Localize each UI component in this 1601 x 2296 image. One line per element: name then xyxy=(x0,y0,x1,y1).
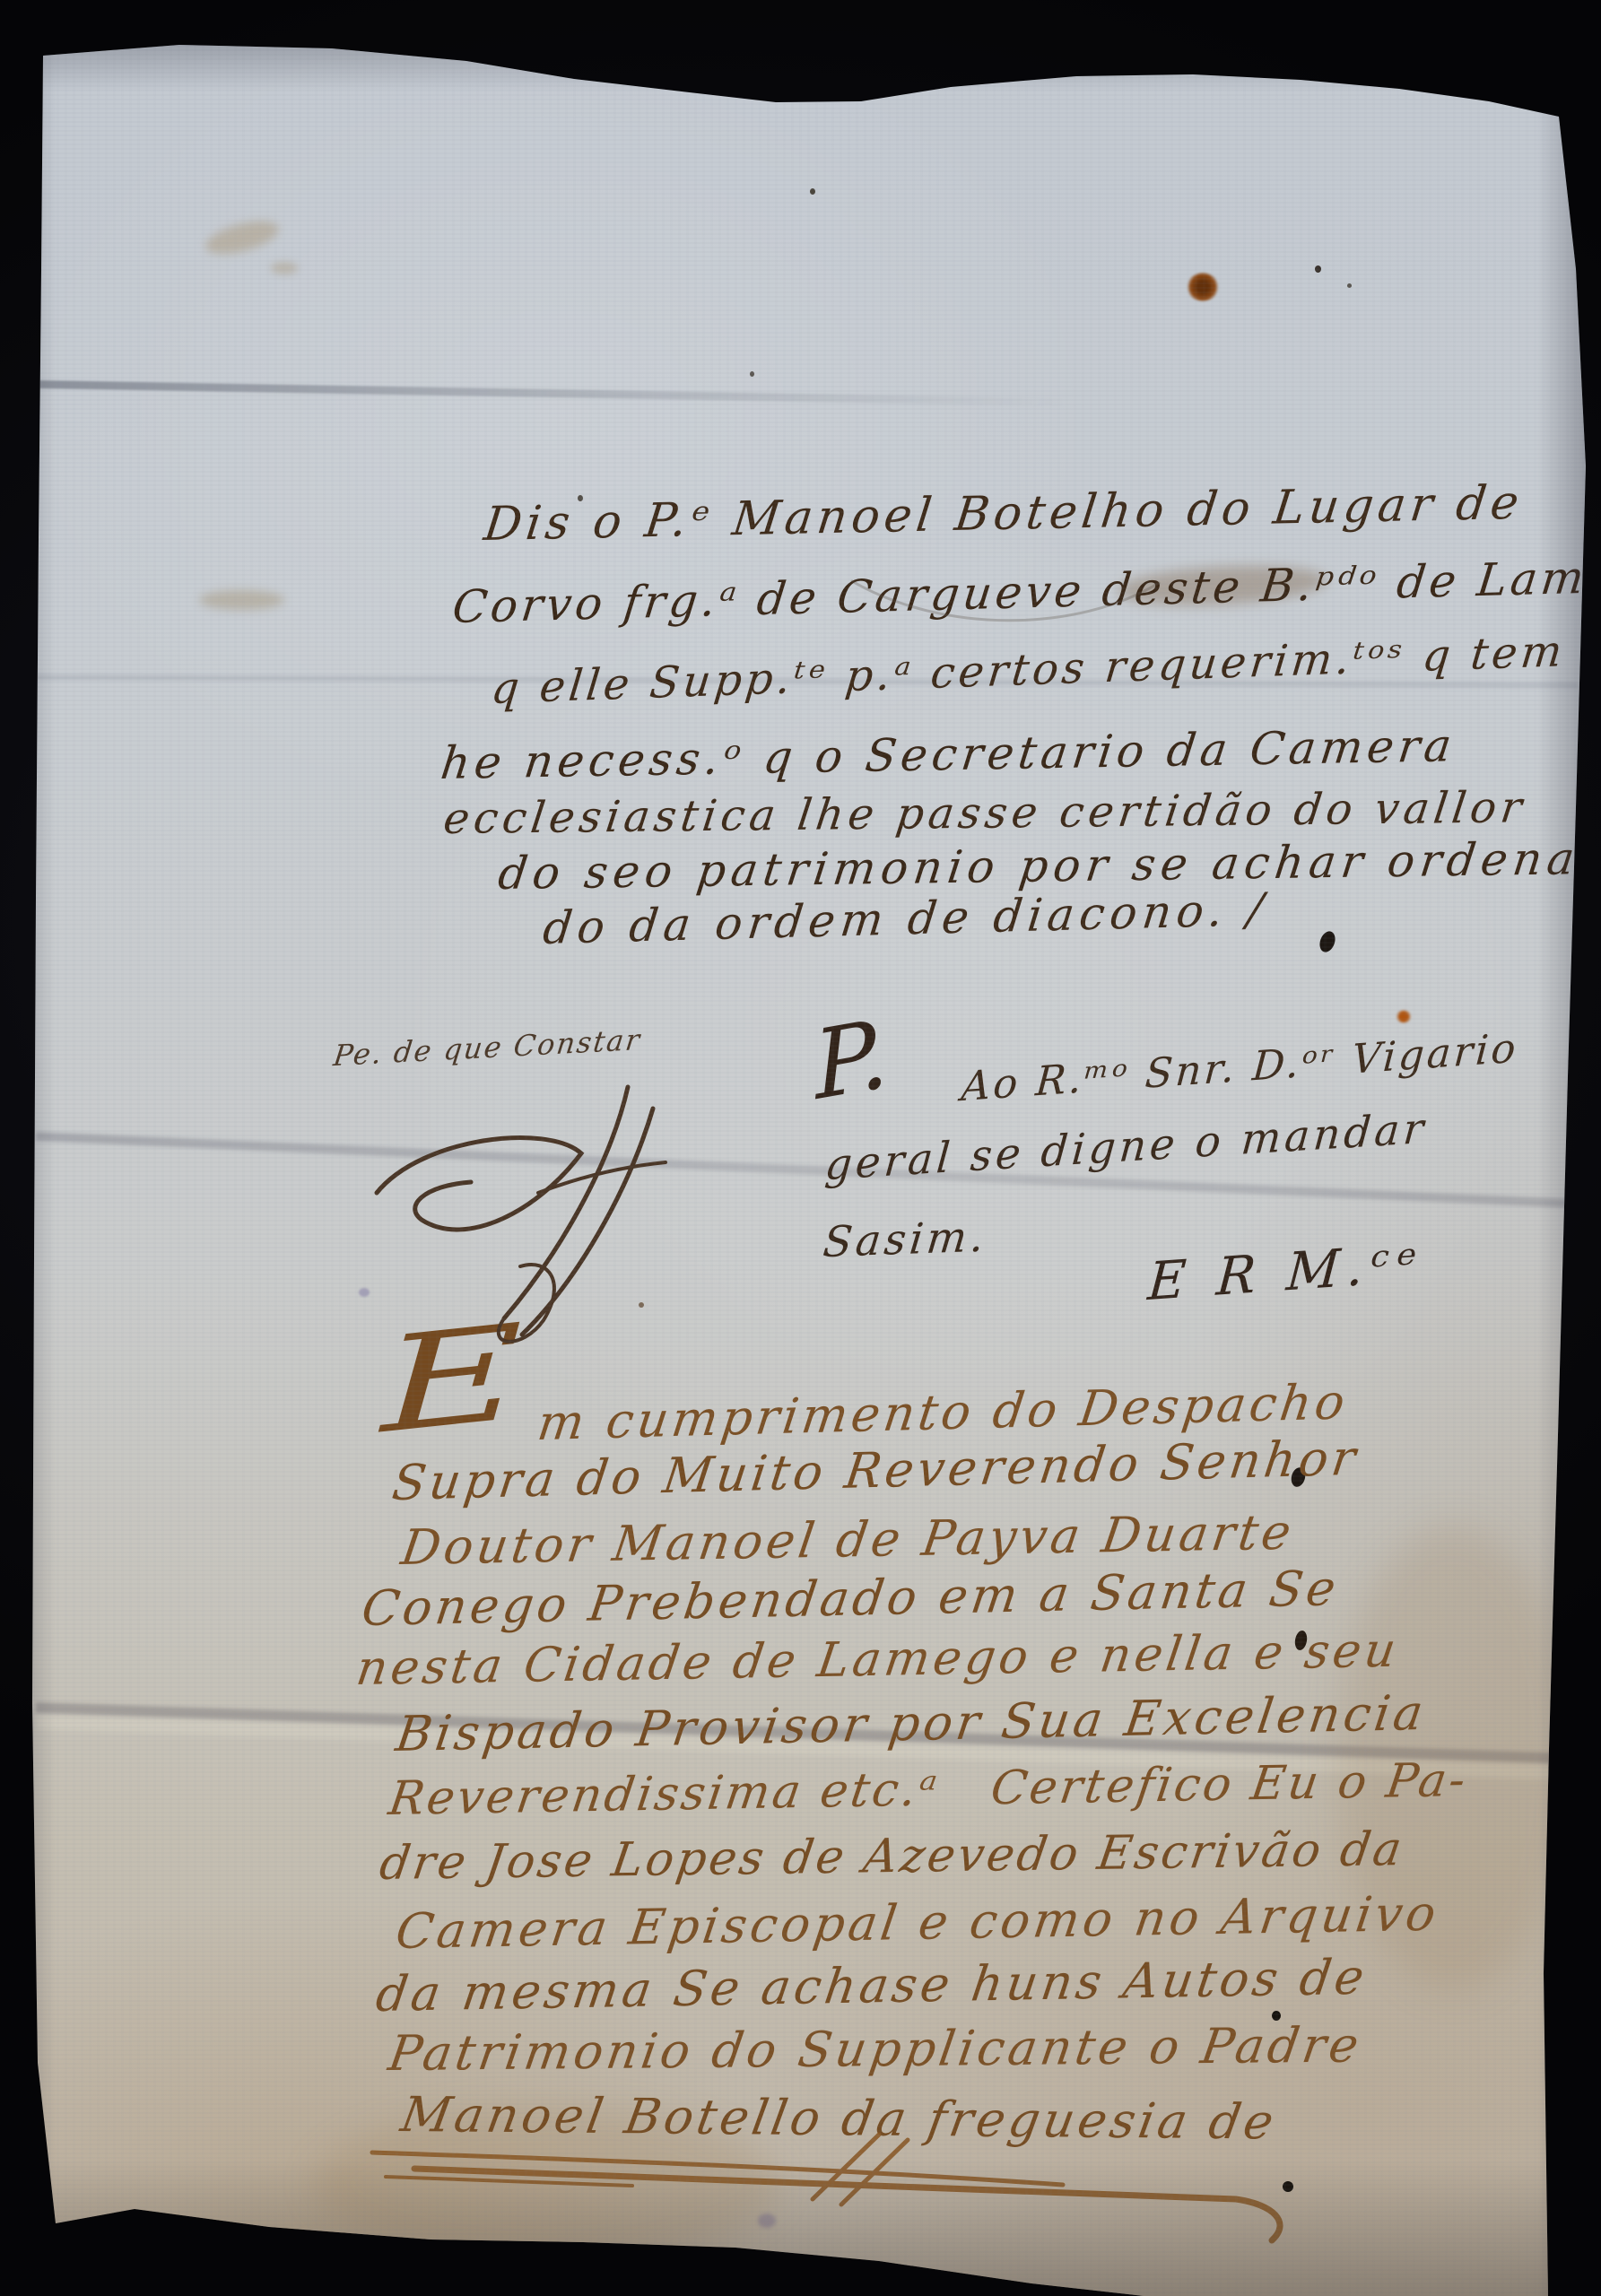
fold-crease xyxy=(36,674,1579,688)
ink-speck xyxy=(834,1405,841,1412)
certificate-line: Patrimonio do Supplicante o Padre xyxy=(385,2016,1366,2082)
fold-crease xyxy=(36,380,1067,406)
ink-speck xyxy=(1315,265,1321,273)
petition-line: Corvo frg.ᵃ de Cargueve deste B.ᵖᵈᵒ de L… xyxy=(450,551,1601,633)
certificate-line: Supra do Muito Reverendo Senhor xyxy=(389,1430,1362,1511)
ink-smear xyxy=(1116,561,1328,610)
manuscript-paper-sheet: Dis o P.ᵉ Manoel Botelho do Lugar de Cor… xyxy=(0,0,1601,2296)
certificate-line: Manoel Botello da freguesia de xyxy=(397,2086,1282,2150)
certificate-initial: E xyxy=(381,1296,523,1464)
rust-stain-small xyxy=(1396,1010,1412,1023)
ink-speck xyxy=(1283,2181,1293,2192)
certificate-line: Bispado Provisor por Sua Excelencia xyxy=(393,1684,1431,1762)
petition-line: ecclesiastica lhe passe certidão do vall… xyxy=(440,782,1529,844)
ink-drop xyxy=(1317,929,1337,954)
fold-crease xyxy=(36,1702,1582,1764)
ink-drop xyxy=(1289,1465,1307,1488)
petition-line: do seo patrimonio por se achar ordena- xyxy=(495,832,1601,900)
vicar-rubric-signature xyxy=(377,1087,666,1342)
certificate-line: dre Jose Lopes de Azevedo Escrivão da xyxy=(377,1822,1408,1891)
certificate-line: nesta Cidade de Lamego e nella e seu xyxy=(353,1623,1403,1696)
certificate-line: Reverendissima etc.ᵃ Certefico Eu o Pa- xyxy=(386,1753,1472,1826)
faint-arc xyxy=(852,581,1159,621)
underline-flourish xyxy=(372,2135,1280,2240)
certificate-line: Doutor Manoel de Payva Duarte xyxy=(398,1504,1299,1577)
petition-line: Dis o P.ᵉ Manoel Botelho do Lugar de xyxy=(481,476,1526,552)
certificate-line: Conego Prebendado em a Santa Se xyxy=(359,1560,1343,1637)
ink-speck xyxy=(1347,283,1352,288)
manuscript-photo: Dis o P.ᵉ Manoel Botelho do Lugar de Cor… xyxy=(0,0,1601,2296)
ink-speck xyxy=(750,371,754,377)
ink-speck xyxy=(578,495,583,501)
ink-drop xyxy=(1293,1630,1309,1651)
beige-smudge xyxy=(271,262,298,274)
response-line: geral se digne o mandar xyxy=(823,1104,1429,1190)
pen-flourishes xyxy=(0,0,1601,2296)
fold-crease xyxy=(36,1132,1582,1208)
ink-speck xyxy=(1272,2011,1281,2021)
rust-stain xyxy=(1186,273,1220,301)
certificate-line: da mesma Se achase huns Autos de xyxy=(373,1949,1371,2022)
response-line: Ao R.ᵐᵒ Snr. D.ᵒʳ Vigario xyxy=(960,1023,1519,1110)
beige-smudge xyxy=(199,590,284,610)
response-line: Sasim. xyxy=(821,1212,990,1267)
paper-texture xyxy=(0,0,1601,2296)
purple-blot xyxy=(359,1288,370,1297)
response-closing: E R M.ᶜᵉ xyxy=(1146,1231,1426,1312)
warm-patch xyxy=(1336,1525,1570,1991)
ink-speck xyxy=(639,1302,644,1308)
petition-line: he necess.ᵒ q o Secretario da Camera xyxy=(438,719,1458,789)
ink-speck xyxy=(810,188,815,195)
certificate-line: Camera Episcopal e como no Arquivo xyxy=(393,1885,1443,1960)
response-initial: P. xyxy=(811,998,892,1121)
beige-smudge xyxy=(203,215,283,261)
paper-edge-shadow xyxy=(0,0,1601,2296)
petition-line: do da ordem de diacono. / xyxy=(541,883,1271,954)
warm-patch xyxy=(314,2108,780,2260)
purple-blot xyxy=(758,2213,776,2228)
certificate-line: m cumprimento do Despacho xyxy=(535,1373,1352,1451)
fold-crease-highlight xyxy=(36,1715,1583,1780)
margin-note: Pe. de que Constar xyxy=(332,1022,643,1073)
petition-line: q elle Supp.ᵗᵉ p.ᵃ certos requerim.ᵗᵒˢ q… xyxy=(489,622,1601,714)
